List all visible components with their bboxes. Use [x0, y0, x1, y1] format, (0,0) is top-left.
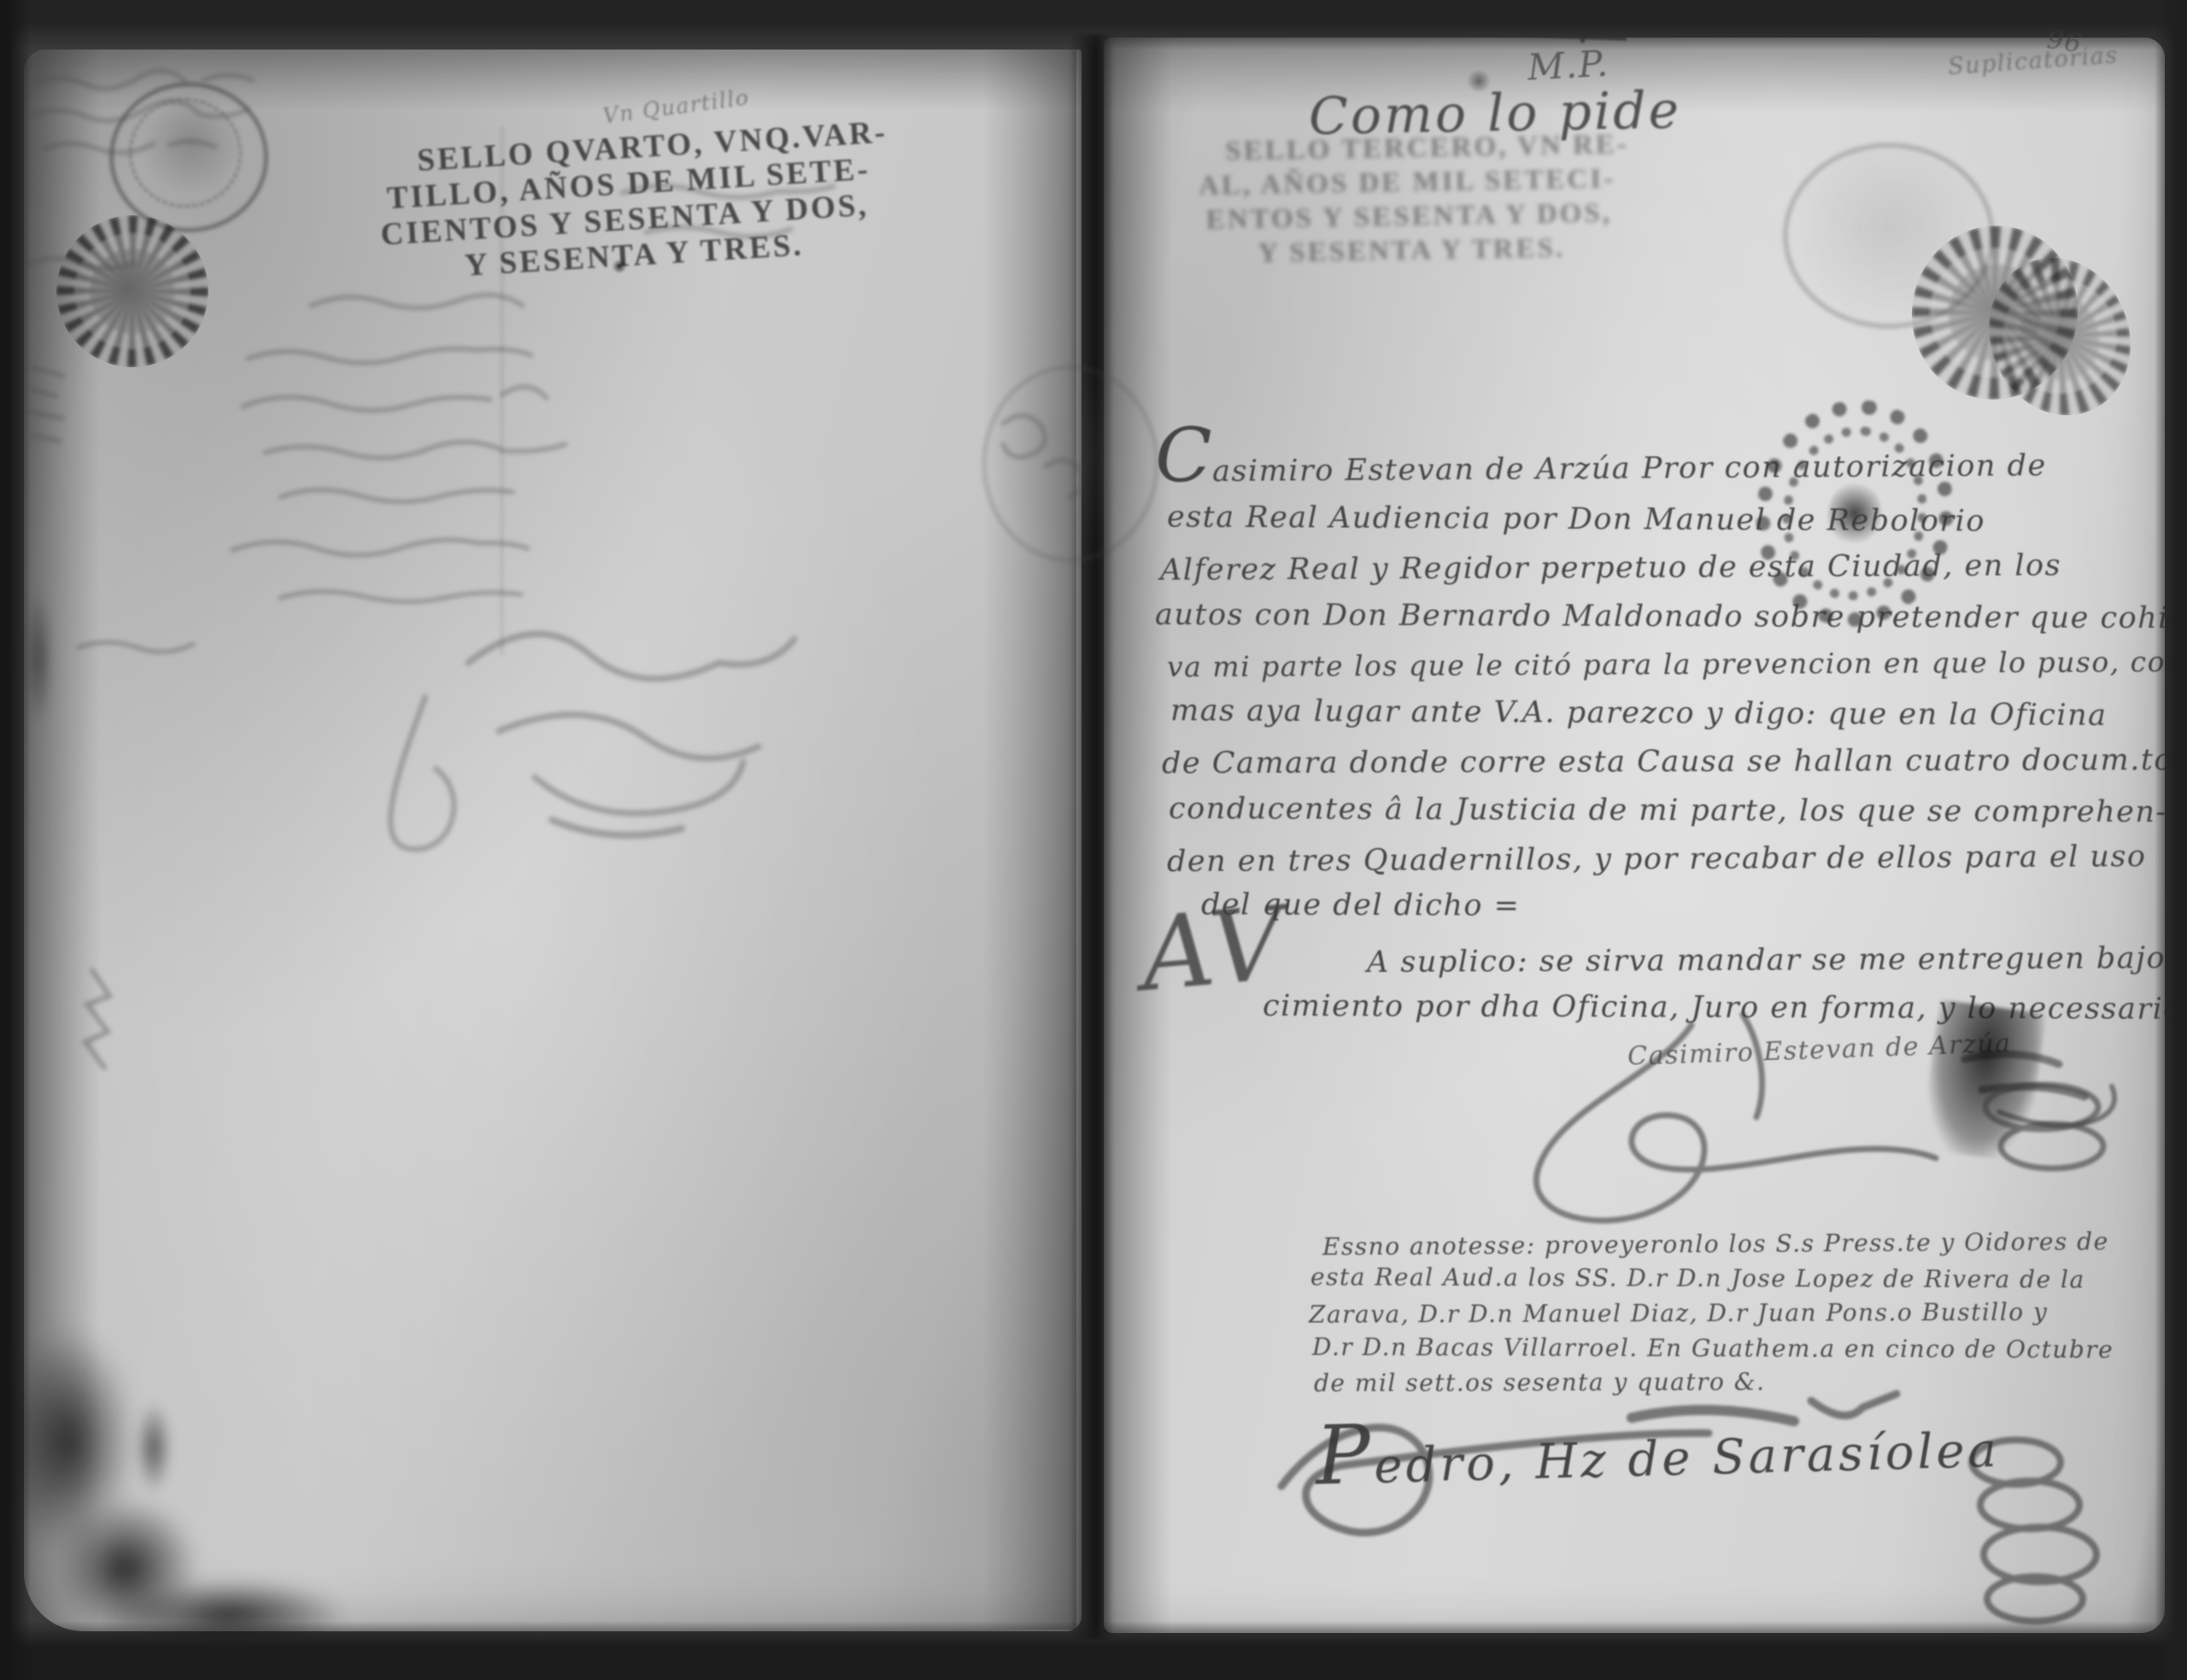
- page-crease: [501, 126, 503, 656]
- body-line: autos con Don Bernardo Maldonado sobre p…: [1155, 598, 2180, 635]
- body-line: esta Real Audiencia por Don Manuel de Re…: [1167, 500, 1985, 538]
- ghost-handwriting-strokes: [24, 50, 1082, 1631]
- clerk-rubric-strokes: [1264, 1384, 2119, 1640]
- decree-line: esta Real Aud.a los SS. D.r D.n Jose Lop…: [1310, 1262, 2085, 1293]
- body-line: conducentes â la Justicia de mi parte, l…: [1169, 792, 2167, 829]
- binding-stain: [135, 1401, 173, 1495]
- body-line: den en tres Quadernillos, y por recabar …: [1167, 840, 2147, 879]
- body-line: de Camara donde corre esta Causa se hall…: [1162, 743, 2187, 781]
- binding-stain: [109, 1578, 349, 1652]
- decree-line: D.r D.n Bacas Villarroel. En Guathem.a e…: [1312, 1332, 2114, 1363]
- body-line: va mi parte los que le citó para la prev…: [1167, 645, 2187, 683]
- scanned-book-spread: Vn Quartillo SELLO QVARTO, VNQ.VAR- TILL…: [0, 0, 2187, 1680]
- gutter-faint-seal-icon: [982, 366, 1158, 562]
- ink-blot-loops: [1948, 1073, 2144, 1192]
- petition-line: A suplico: se sirva mandar se me entregu…: [1367, 940, 2187, 980]
- ghost-stamp-line: Y SESENTA Y TRES.: [1258, 232, 1565, 269]
- edge-stain: [24, 589, 53, 726]
- body-line: mas aya lugar ante V.A. parezco y digo: …: [1170, 694, 2108, 733]
- ink-dot: [612, 260, 627, 273]
- decree-line: Essno anotesse: proveyeronlo los S.s Pre…: [1322, 1227, 2109, 1261]
- decree-line: Zarava, D.r D.n Manuel Diaz, D.r Juan Po…: [1309, 1297, 2048, 1328]
- body-line: Casimiro Estevan de Arzúa Pror con autor…: [1155, 422, 2047, 489]
- body-line: Alferez Real y Regidor perpetuo de esta …: [1160, 548, 2061, 588]
